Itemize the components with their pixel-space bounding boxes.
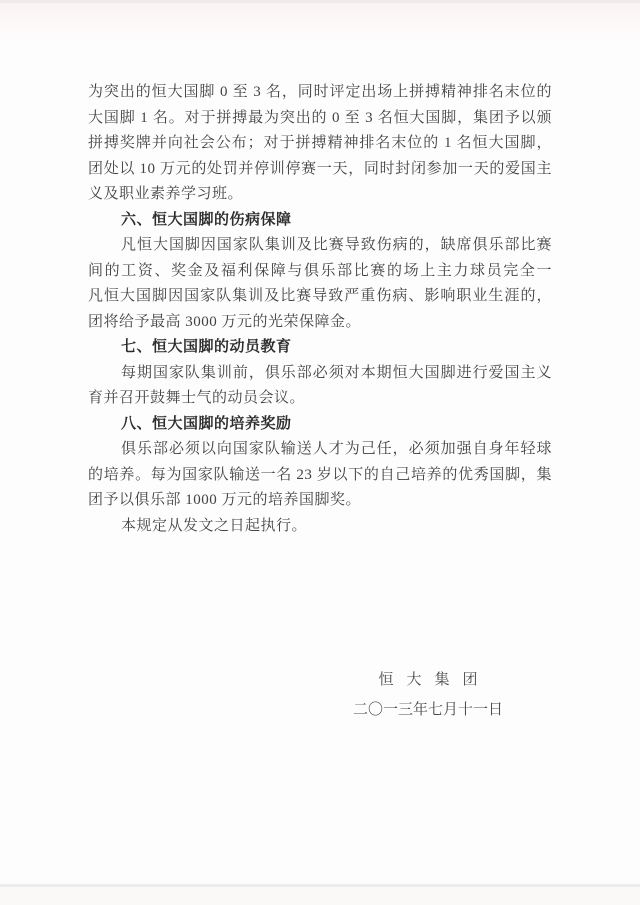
signature-date: 二〇一三年七月十一日 xyxy=(350,695,506,725)
paragraph-line: 拼搏奖牌并向社会公布；对于拼搏精神排名末位的 1 名恒大国脚，集 xyxy=(88,131,552,157)
paragraph-line: 大国脚 1 名。对于拼搏最为突出的 0 至 3 名恒大国脚，集团予以颁发 xyxy=(88,106,552,132)
paragraph-line: 俱乐部必须以向国家队输送人才为己任，必须加强自身年轻球员 xyxy=(88,437,552,463)
paragraph-line: 团将给予最高 3000 万元的光荣保障金。 xyxy=(88,310,552,336)
section-heading-6: 六、恒大国脚的伤病保障 xyxy=(88,208,552,234)
section-heading-8: 八、恒大国脚的培养奖励 xyxy=(88,412,552,438)
paragraph-line: 凡恒大国脚因国家队集训及比赛导致伤病的，缺席俱乐部比赛期 xyxy=(88,233,552,259)
paragraph-line: 义及职业素养学习班。 xyxy=(88,182,552,208)
paragraph-line: 团处以 10 万元的处罚并停训停赛一天，同时封闭参加一天的爱国主 xyxy=(88,157,552,183)
paragraph-line: 凡恒大国脚因国家队集训及比赛导致严重伤病、影响职业生涯的，集 xyxy=(88,284,552,310)
paragraph-line: 的培养。每为国家队输送一名 23 岁以下的自己培养的优秀国脚，集 xyxy=(88,463,552,489)
signature-org: 恒大集团 xyxy=(350,665,506,695)
section-heading-7: 七、恒大国脚的动员教育 xyxy=(88,335,552,361)
document-body: 为突出的恒大国脚 0 至 3 名，同时评定出场上拼搏精神排名末位的恒 大国脚 1… xyxy=(88,80,552,539)
paragraph-line: 为突出的恒大国脚 0 至 3 名，同时评定出场上拼搏精神排名末位的恒 xyxy=(88,80,552,106)
scan-artifact-top-band xyxy=(0,3,640,43)
paragraph-line: 育并召开鼓舞士气的动员会议。 xyxy=(88,386,552,412)
closing-line: 本规定从发文之日起执行。 xyxy=(88,514,552,540)
paragraph-line: 间的工资、奖金及福利保障与俱乐部比赛的场上主力球员完全一致； xyxy=(88,259,552,285)
paragraph-line: 每期国家队集训前，俱乐部必须对本期恒大国脚进行爱国主义教 xyxy=(88,361,552,387)
scan-artifact-bottom-band xyxy=(0,887,640,905)
scanned-document-page: 为突出的恒大国脚 0 至 3 名，同时评定出场上拼搏精神排名末位的恒 大国脚 1… xyxy=(0,0,640,905)
signature-block: 恒大集团 二〇一三年七月十一日 xyxy=(350,665,506,725)
paragraph-line: 团予以俱乐部 1000 万元的培养国脚奖。 xyxy=(88,488,552,514)
